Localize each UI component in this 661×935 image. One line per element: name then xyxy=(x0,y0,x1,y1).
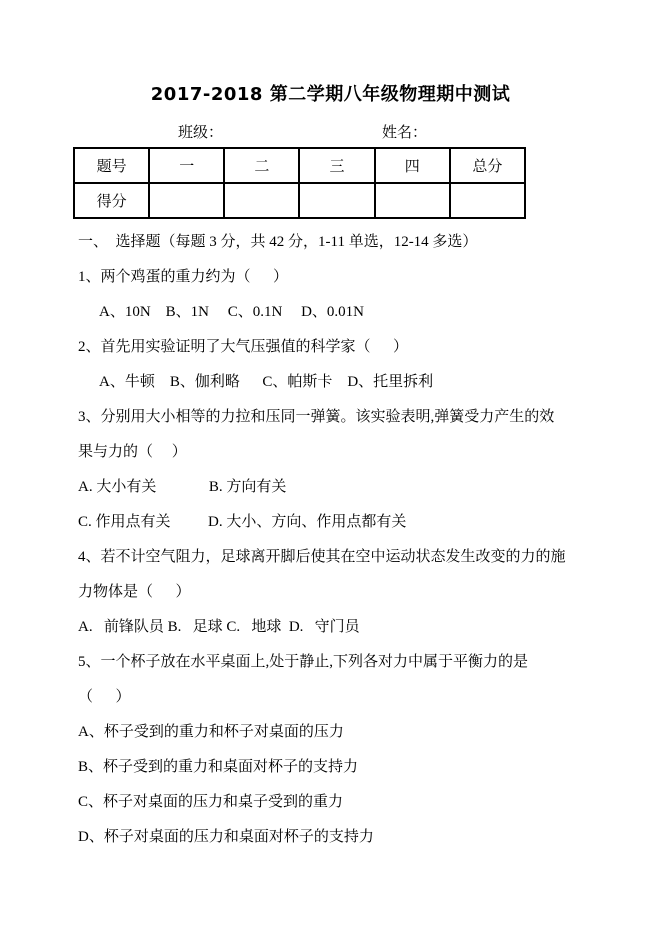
score-table-cell-section-1: 一 xyxy=(149,148,224,183)
score-table-cell-question-number: 题号 xyxy=(74,148,149,183)
question-4-text-line-1: 4、若不计空气阻力，足球离开脚后使其在空中运动状态发生改变的力的施 xyxy=(78,540,661,575)
score-cell-empty-1 xyxy=(149,183,224,218)
question-5-text-line-2: （ ） xyxy=(78,680,661,715)
score-table-cell-section-2: 二 xyxy=(224,148,299,183)
score-cell-empty-2 xyxy=(224,183,299,218)
section-one-heading: 一、 选择题（每题 3 分，共 42 分，1-11 单选，12-14 多选） xyxy=(78,225,661,260)
question-4-options: A. 前锋队员 B. 足球 C. 地球 D. 守门员 xyxy=(78,610,661,645)
question-2-options: A、牛顿 B、伽利略 C、帕斯卡 D、托里拆利 xyxy=(78,365,661,400)
score-cell-empty-3 xyxy=(299,183,374,218)
exam-paper-page: 2017-2018 第二学期八年级物理期中测试 班级： 姓名： 题号 一 二 三… xyxy=(0,0,661,935)
question-3-text-line-1: 3、分别用大小相等的力拉和压同一弹簧。该实验表明,弹簧受力产生的效 xyxy=(78,400,661,435)
question-5-text-line-1: 5、一个杯子放在水平桌面上,处于静止,下列各对力中属于平衡力的是 xyxy=(78,645,661,680)
question-4-text-line-2: 力物体是（ ） xyxy=(78,575,661,610)
name-label: 姓名： xyxy=(382,121,427,145)
question-5-option-c: C、杯子对桌面的压力和桌子受到的重力 xyxy=(78,785,661,820)
student-info-row: 班级： 姓名： xyxy=(0,121,661,145)
question-5-option-d: D、杯子对桌面的压力和桌面对杯子的支持力 xyxy=(78,820,661,855)
question-3-options-cd: C. 作用点有关 D. 大小、方向、作用点都有关 xyxy=(78,505,661,540)
score-table-cell-section-3: 三 xyxy=(299,148,374,183)
exam-body: 一、 选择题（每题 3 分，共 42 分，1-11 单选，12-14 多选） 1… xyxy=(78,225,661,855)
score-cell-empty-5 xyxy=(450,183,525,218)
question-1-options: A、10N B、1N C、0.1N D、0.01N xyxy=(78,295,661,330)
score-cell-empty-4 xyxy=(375,183,450,218)
score-table-cell-section-4: 四 xyxy=(375,148,450,183)
score-table: 题号 一 二 三 四 总分 得分 xyxy=(73,147,526,219)
question-5-option-a: A、杯子受到的重力和杯子对桌面的压力 xyxy=(78,715,661,750)
question-5-option-b: B、杯子受到的重力和桌面对杯子的支持力 xyxy=(78,750,661,785)
score-row-label: 得分 xyxy=(74,183,149,218)
question-3-text-line-2: 果与力的（ ） xyxy=(78,435,661,470)
class-label: 班级： xyxy=(178,121,223,145)
score-table-cell-total: 总分 xyxy=(450,148,525,183)
score-table-header-row: 题号 一 二 三 四 总分 xyxy=(74,148,525,183)
question-3-options-ab: A. 大小有关 B. 方向有关 xyxy=(78,470,661,505)
question-2-text: 2、首先用实验证明了大气压强值的科学家（ ） xyxy=(78,330,661,365)
score-table-score-row: 得分 xyxy=(74,183,525,218)
question-1-text: 1、两个鸡蛋的重力约为（ ） xyxy=(78,260,661,295)
page-title: 2017-2018 第二学期八年级物理期中测试 xyxy=(0,0,661,108)
